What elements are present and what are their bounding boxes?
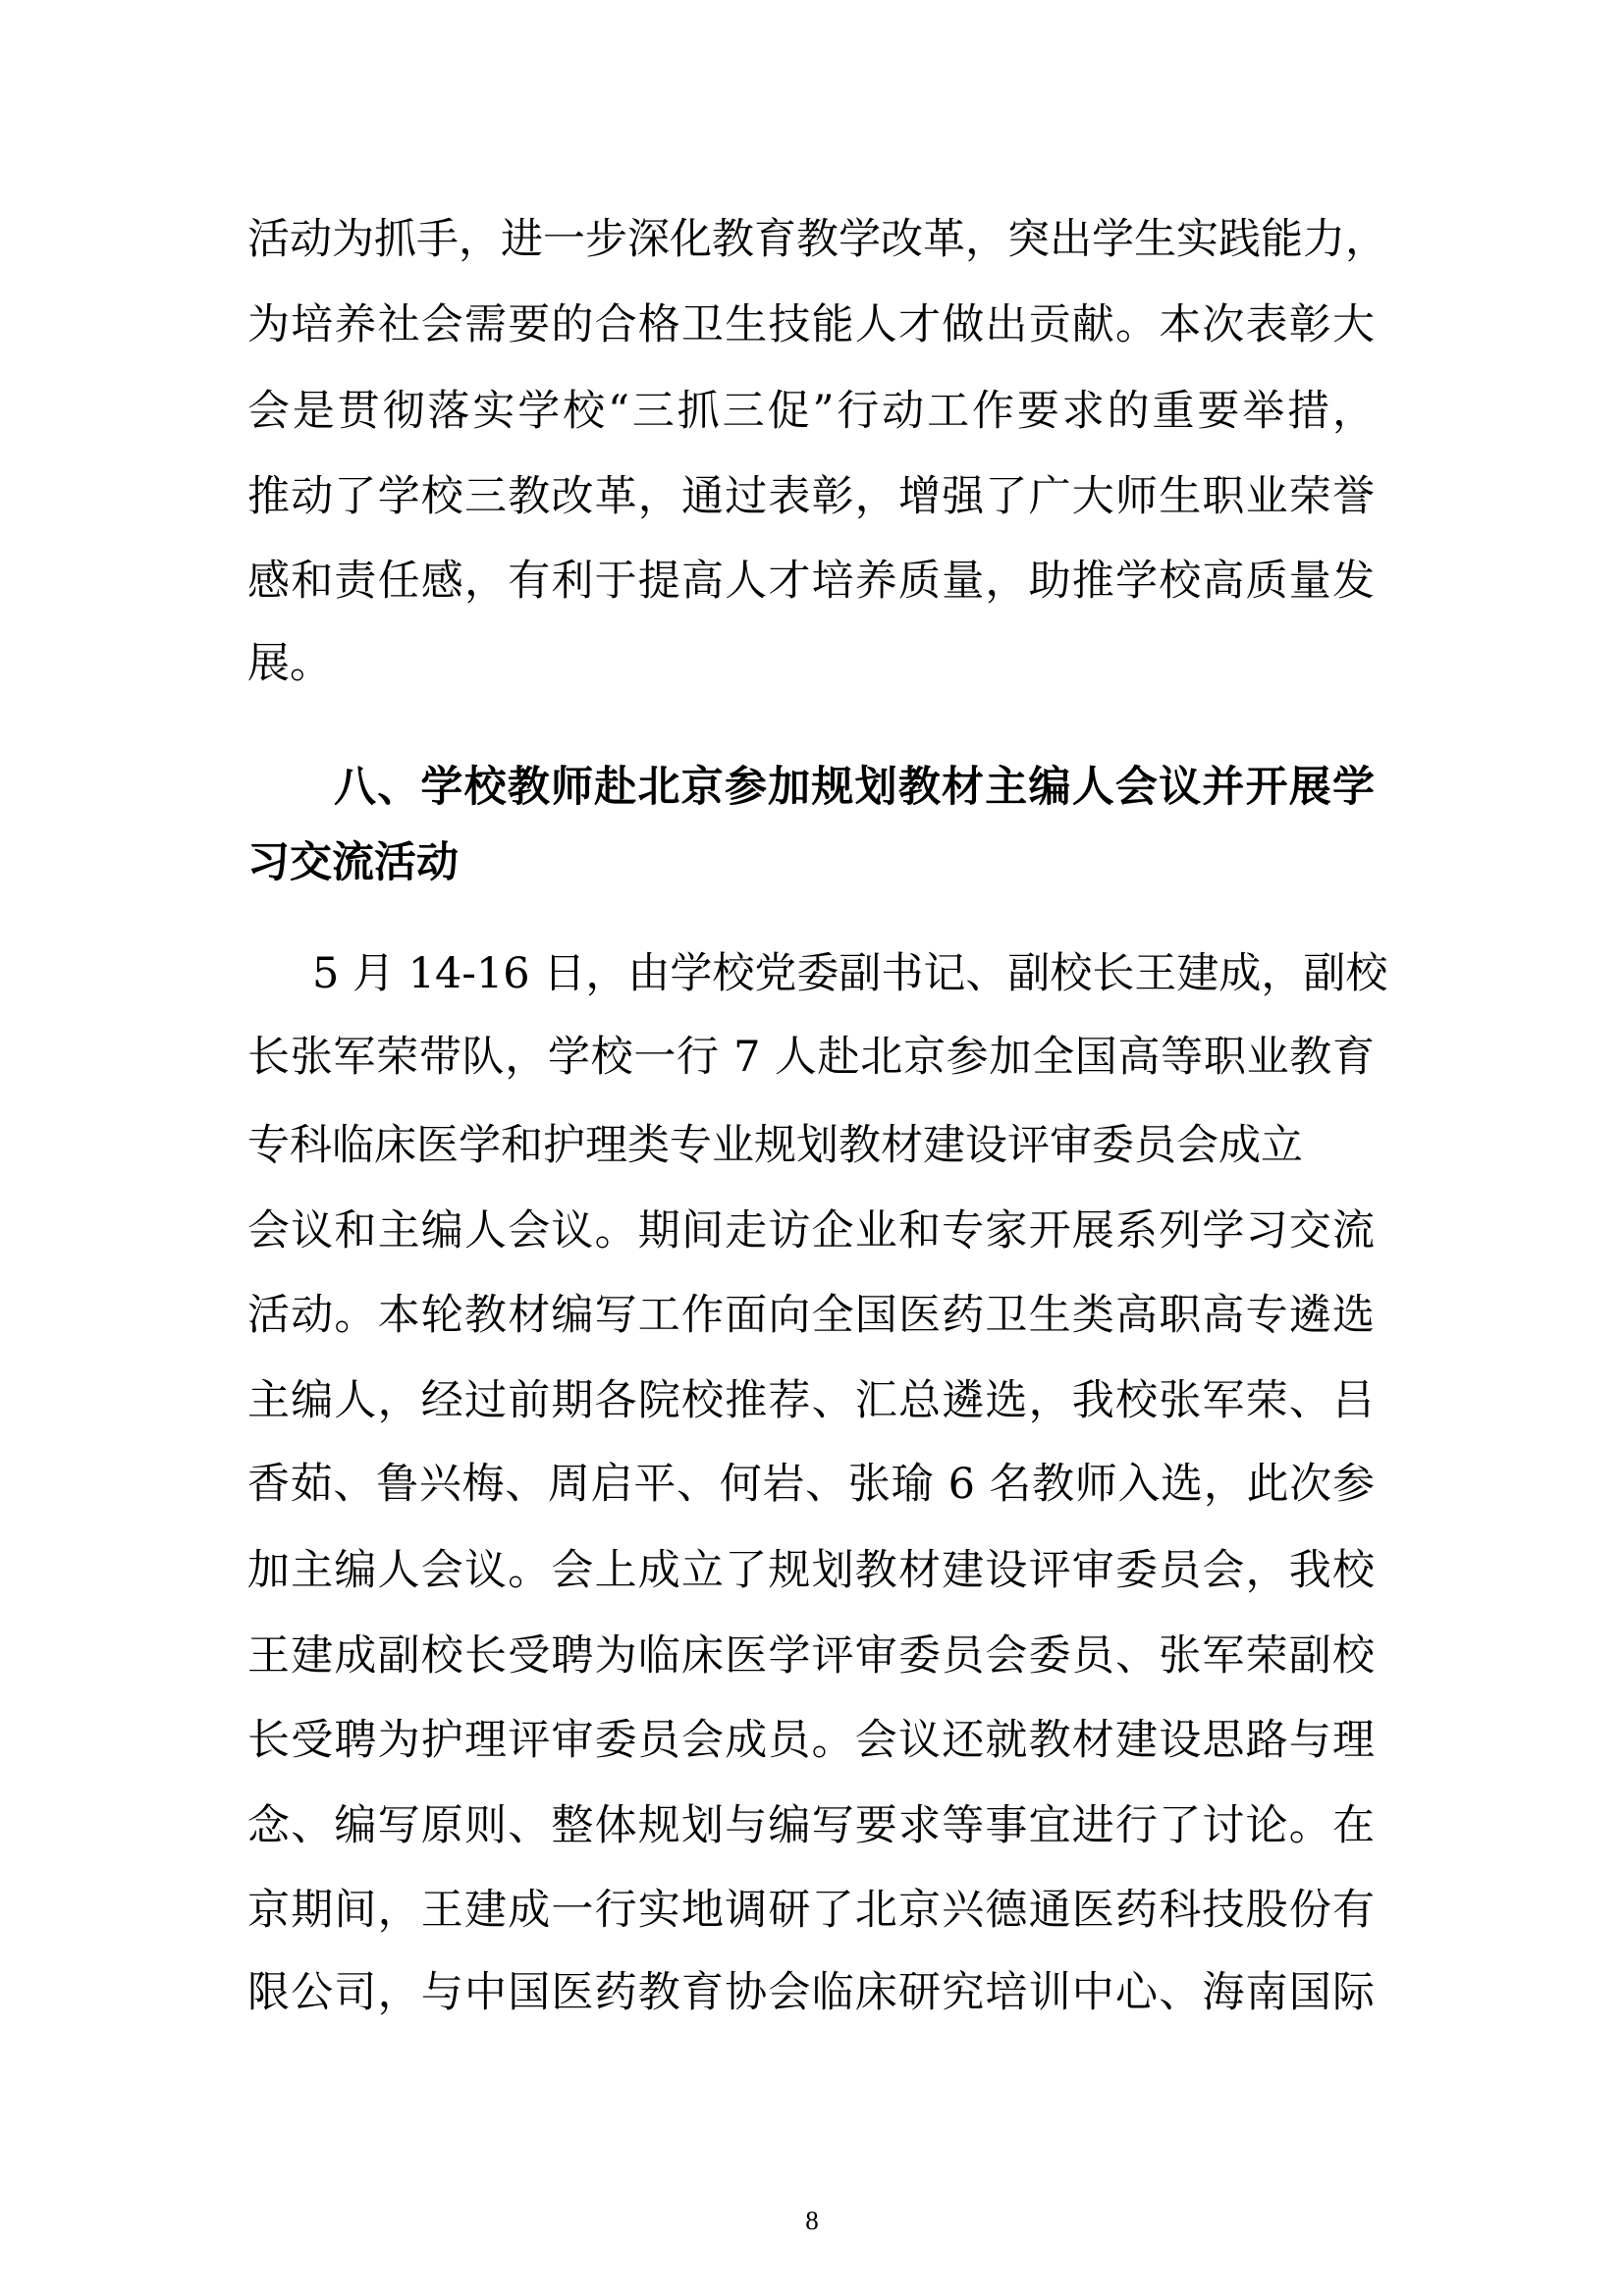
- paragraph-line: 香茹、鲁兴梅、周启平、何岩、张瑜 6 名教师入选，此次参: [247, 1442, 1375, 1527]
- section-heading-line: 习交流活动: [247, 826, 1375, 901]
- document-page: 活动为抓手，进一步深化教育教学改革，突出学生实践能力， 为培养社会需要的合格卫生…: [0, 0, 1624, 2296]
- section-heading-line: 八、学校教师赴北京参加规划教材主编人会议并开展学: [334, 750, 1375, 826]
- paragraph-line: 长张军荣带队，学校一行 7 人赴北京参加全国高等职业教育: [247, 1015, 1375, 1100]
- paragraph-line: 活动为抓手，进一步深化教育教学改革，突出学生实践能力，: [247, 197, 1375, 283]
- paragraph-line: 为培养社会需要的合格卫生技能人才做出贡献。本次表彰大: [247, 283, 1375, 368]
- paragraph-line: 感和责任感，有利于提高人才培养质量，助推学校高质量发: [247, 539, 1375, 624]
- paragraph-line: 京期间，王建成一行实地调研了北京兴德通医药科技股份有: [247, 1868, 1375, 1953]
- paragraph-line: 专科临床医学和护理类专业规划教材建设评审委员会成立: [247, 1103, 1375, 1189]
- paragraph-line: 推动了学校三教改革，通过表彰，增强了广大师生职业荣誉: [247, 454, 1375, 540]
- paragraph-line: 活动。本轮教材编写工作面向全国医药卫生类高职高专遴选: [247, 1273, 1375, 1359]
- page-number: 8: [0, 2205, 1624, 2236]
- paragraph-line: 会是贯彻落实学校“三抓三促”行动工作要求的重要举措，: [247, 369, 1375, 454]
- paragraph-line: 念、编写原则、整体规划与编写要求等事宜进行了讨论。在: [247, 1784, 1375, 1869]
- paragraph-line: 加主编人会议。会上成立了规划教材建设评审委员会，我校: [247, 1528, 1375, 1614]
- paragraph-line: 长受聘为护理评审委员会成员。会议还就教材建设思路与理: [247, 1698, 1375, 1784]
- paragraph-line: 主编人，经过前期各院校推荐、汇总遴选，我校张军荣、吕: [247, 1359, 1375, 1444]
- paragraph-line: 5 月 14-16 日，由学校党委副书记、副校长王建成，副校: [312, 932, 1375, 1017]
- paragraph-line: 会议和主编人会议。期间走访企业和专家开展系列学习交流: [247, 1189, 1375, 1274]
- paragraph-line: 王建成副校长受聘为临床医学评审委员会委员、张军荣副校: [247, 1614, 1375, 1699]
- paragraph-line: 限公司，与中国医药教育协会临床研究培训中心、海南国际: [247, 1950, 1375, 2036]
- paragraph-line: 展。: [247, 621, 1375, 707]
